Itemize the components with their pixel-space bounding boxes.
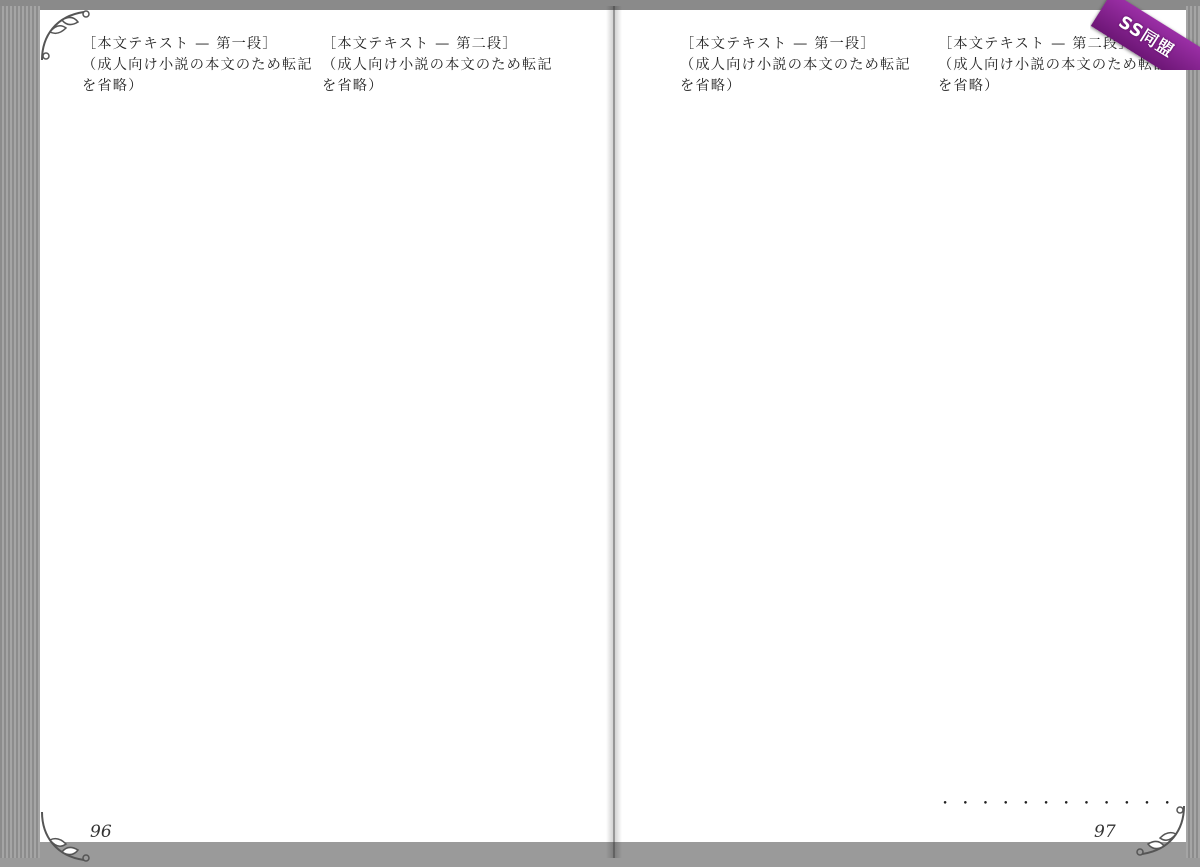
book-gutter <box>606 6 622 858</box>
text-line: ［本文テキスト — 第一段］ <box>82 34 314 55</box>
page-edges-right <box>1186 6 1200 858</box>
page-edges-left <box>0 6 40 858</box>
text-line: （成人向け小説の本文のため転記を省略） <box>82 55 314 97</box>
corner-badge: SS同盟 <box>1090 0 1200 70</box>
right-page-column-1: ［本文テキスト — 第一段］（成人向け小説の本文のため転記を省略） <box>680 34 912 98</box>
text-line: ［本文テキスト — 第二段］ <box>322 34 554 55</box>
page-number-right: 97 <box>1094 822 1116 842</box>
corner-ornament-icon <box>1130 800 1190 860</box>
corner-ornament-icon <box>36 6 96 66</box>
text-line: （成人向け小説の本文のため転記を省略） <box>322 55 554 97</box>
left-page <box>40 10 614 842</box>
right-page <box>614 10 1186 842</box>
left-page-column-1: ［本文テキスト — 第一段］（成人向け小説の本文のため転記を省略） <box>82 34 314 98</box>
text-line: （成人向け小説の本文のため転記を省略） <box>680 55 912 97</box>
corner-ornament-icon <box>36 806 96 866</box>
left-page-column-2: ［本文テキスト — 第二段］（成人向け小説の本文のため転記を省略） <box>322 34 554 98</box>
text-line: ［本文テキスト — 第一段］ <box>680 34 912 55</box>
book-spread: ［本文テキスト — 第一段］（成人向け小説の本文のため転記を省略） ［本文テキス… <box>0 0 1200 867</box>
